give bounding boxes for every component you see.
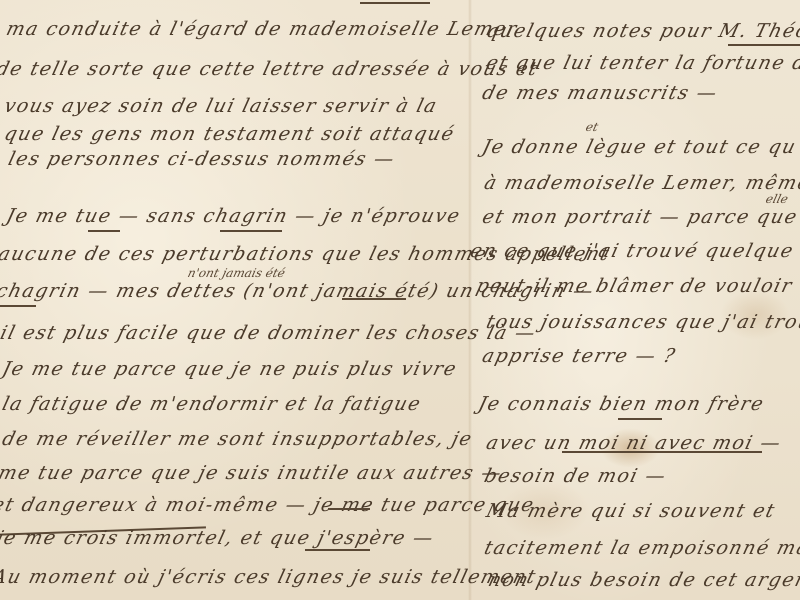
underline-mark (220, 230, 282, 232)
letter-line: tacitement la empoisonné ma vie (482, 537, 800, 559)
letter-line: Je donne lègue et tout ce qu (480, 136, 799, 158)
underline-mark (618, 418, 662, 420)
letter-line: ma conduite à l'égard de mademoiselle Le… (4, 18, 520, 40)
underline-mark (562, 451, 762, 453)
letter-line: non plus besoin de cet argent (486, 569, 800, 591)
underline-mark (360, 2, 430, 4)
letter-line: et que lui tenter la fortune d'ap (484, 52, 800, 74)
letter-line: Je connais bien mon frère (476, 393, 767, 415)
underline-mark (305, 549, 370, 551)
underline-mark (0, 305, 36, 307)
letter-line: les personnes ci-dessus nommés — (6, 148, 398, 170)
letter-line: en ce que j'ai trouvé quelque repos (468, 240, 800, 262)
letter-line: de telle sorte que cette lettre adressée… (0, 58, 541, 80)
letter-line: vous ayez soin de lui laisser servir à l… (2, 95, 440, 117)
letter-line: peut-il me blâmer de vouloir (474, 275, 795, 297)
letter-line: et mon portrait — parce que elle (480, 206, 800, 228)
interlinear-insertion: n'ont jamais été (186, 266, 286, 280)
letter-line: Je me tue — sans chagrin — je n'éprouve (4, 205, 463, 227)
letter-line: je me crois immortel, et que j'espère — (0, 527, 437, 549)
letter-line: de me réveiller me sont insupportables, … (0, 428, 475, 450)
letter-line: tous jouissances que j'ai trouvé (484, 311, 800, 333)
interlinear-insertion: elle (764, 192, 789, 206)
letter-line: la fatigue de m'endormir et la fatigue (0, 393, 424, 415)
letter-line: et dangereux à moi-même — je me tue parc… (0, 494, 537, 516)
letter-line: Ma mère qui si souvent et (484, 500, 778, 522)
underline-mark (728, 44, 800, 46)
underline-mark (328, 508, 370, 510)
letter-line: Je me tue parce que je ne puis plus vivr… (0, 358, 460, 380)
letter-line: me tue parce que je suis inutile aux aut… (0, 462, 505, 484)
letter-line: à mademoiselle Lemer, même mon (482, 172, 800, 194)
letter-line: quelques notes pour M. Théod (484, 20, 800, 42)
letter-line: besoin de moi — (482, 465, 669, 487)
letter-line: de mes manuscrits — (480, 82, 720, 104)
underline-mark (88, 230, 120, 232)
letter-line: apprise terre — ? (480, 345, 678, 367)
letter-line: Au moment où j'écris ces lignes je suis … (0, 566, 539, 588)
letter-line: que les gens mon testament soit attaqué (2, 123, 457, 145)
letter-line: il est plus facile que de dominer les ch… (0, 322, 539, 344)
underline-mark (342, 298, 406, 300)
